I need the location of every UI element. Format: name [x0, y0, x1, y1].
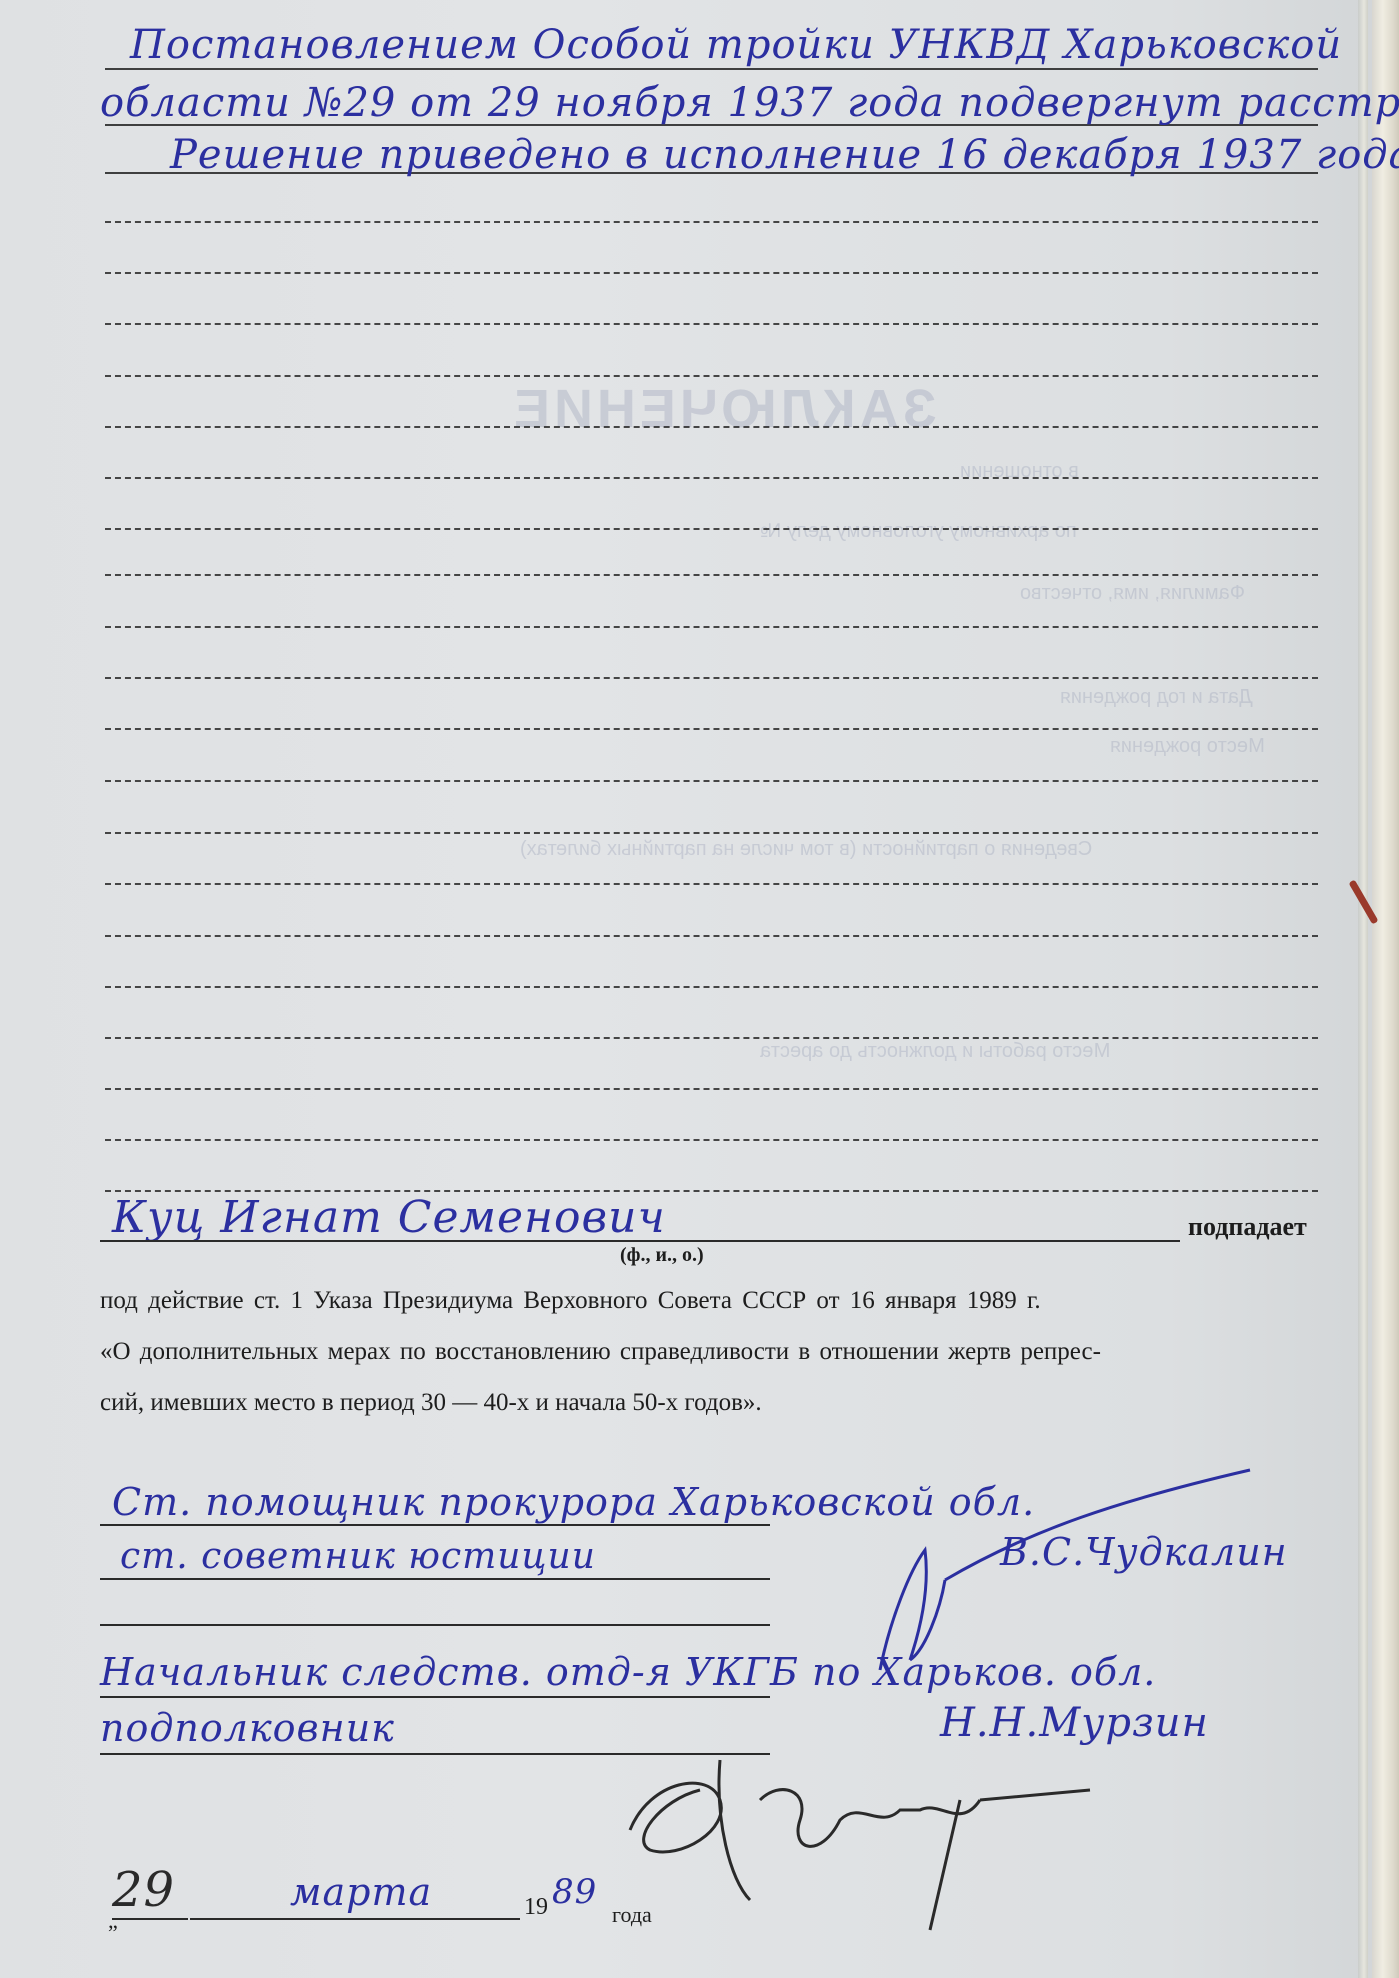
subject-name: Куц Игнат Семенович	[112, 1192, 666, 1243]
bleed-in-relation: в отношении	[960, 460, 1079, 483]
bleed-case: по архивному уголовному делу №	[760, 520, 1077, 543]
signature-2-icon	[620, 1740, 1140, 1940]
bleed-fio: Фамилия, имя, отчество	[1020, 582, 1245, 605]
signatory-2-title-line-1: Начальник следств. отд-я УКГБ по Харьков…	[100, 1650, 1156, 1694]
decree-line-1: под действие ст. 1 Указа Президиума Верх…	[100, 1287, 1041, 1315]
page-binding-edge	[1358, 0, 1368, 1978]
date-month: марта	[290, 1870, 432, 1914]
name-caption: (ф., и., о.)	[620, 1244, 704, 1267]
date-year-prefix: 19	[524, 1894, 548, 1921]
signatory-2-title-line-2: подполковник	[100, 1706, 395, 1750]
folder-edge	[1372, 0, 1399, 1978]
falls-under-label: подпадает	[1188, 1212, 1307, 1242]
signatory-1-title-line-2: ст. советник юстиции	[120, 1536, 596, 1577]
decree-line-3: сий, имевших место в период 30 — 40-х и …	[100, 1389, 762, 1417]
handwritten-line-2: области №29 от 29 ноября 1937 года подве…	[100, 80, 1399, 126]
date-day: 29	[112, 1862, 175, 1918]
bleed-birth-date: Дата и год рождения	[1060, 686, 1253, 709]
bleed-title: ЗАКЛЮЧЕНИЕ	[510, 378, 936, 440]
date-year-suffix: 89	[552, 1872, 597, 1912]
decree-line-2: «О дополнительных мерах по восстановлени…	[100, 1338, 1101, 1366]
bleed-work: Место работы и должность до ареста	[760, 1040, 1110, 1063]
bleed-birth-place: Место рождения	[1110, 735, 1265, 758]
signature-1-icon	[850, 1460, 1270, 1680]
bleed-party: Сведения о партийности (в том числе на п…	[520, 838, 1092, 861]
date-year-word: года	[612, 1902, 652, 1928]
handwritten-line-1: Постановлением Особой тройки УНКВД Харьк…	[130, 22, 1342, 68]
handwritten-line-3: Решение приведено в исполнение 16 декабр…	[170, 132, 1399, 178]
